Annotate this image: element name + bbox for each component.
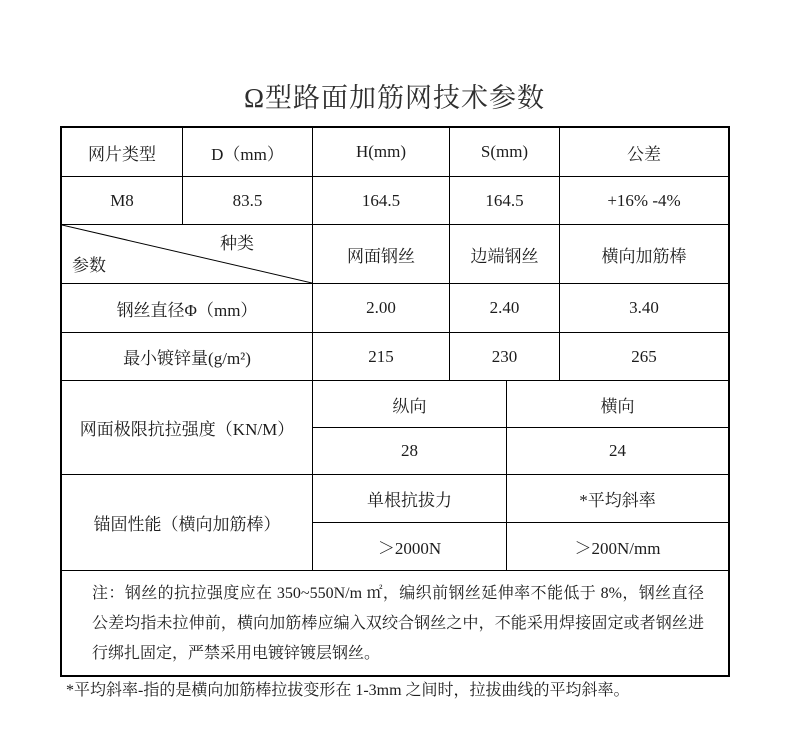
anchor-col-average-slope: *平均斜率 <box>507 475 728 523</box>
param-value: 3.40 <box>560 284 728 333</box>
param-row-zinc: 最小镀锌量(g/m²) 215 230 265 <box>62 333 728 381</box>
anchor-value-average-slope: ＞200N/mm <box>507 523 728 571</box>
tensile-strength-values: 纵向 横向 28 24 <box>313 381 728 475</box>
spec-table: 网片类型 D（mm） H(mm) S(mm) 公差 M8 83.5 164.5 … <box>60 126 730 677</box>
tensile-strength-label: 网面极限抗拉强度（KN/M） <box>62 381 313 475</box>
tensile-value-longitudinal: 28 <box>313 428 507 475</box>
anchoring-label: 锚固性能（横向加筋棒） <box>62 475 313 571</box>
param-value: 215 <box>313 333 450 381</box>
header-cell-mesh-type: 网片类型 <box>62 128 183 177</box>
param-label-zinc: 最小镀锌量(g/m²) <box>62 333 313 381</box>
param-value: 2.40 <box>450 284 560 333</box>
header-cell-tolerance: 公差 <box>560 128 728 177</box>
category-cell-mesh-wire: 网面钢丝 <box>313 225 450 284</box>
spec-cell-tolerance: +16% -4% <box>560 177 728 225</box>
table-note: 注：钢丝的抗拉强度应在 350~550N/m ㎡，编织前钢丝延伸率不能低于 8%… <box>62 571 728 675</box>
tensile-value-transverse: 24 <box>507 428 728 475</box>
spec-cell-d: 83.5 <box>183 177 313 225</box>
document-page: Ω型路面加筋网技术参数 网片类型 D（mm） H(mm) S(mm) 公差 M8… <box>0 0 789 748</box>
tensile-col-longitudinal: 纵向 <box>313 381 507 428</box>
spec-cell-h: 164.5 <box>313 177 450 225</box>
page-title: Ω型路面加筋网技术参数 <box>0 76 789 115</box>
diagonal-top-label: 种类 <box>220 229 254 254</box>
param-value: 230 <box>450 333 560 381</box>
spec-cell-s: 164.5 <box>450 177 560 225</box>
param-value: 265 <box>560 333 728 381</box>
anchor-col-pullout-force: 单根抗拔力 <box>313 475 507 523</box>
header-cell-d: D（mm） <box>183 128 313 177</box>
category-cell-edge-wire: 边端钢丝 <box>450 225 560 284</box>
table-header-row: 网片类型 D（mm） H(mm) S(mm) 公差 <box>62 128 728 177</box>
category-cell-transverse-bar: 横向加筋棒 <box>560 225 728 284</box>
diagonal-header-cell: 种类 参数 <box>62 225 313 284</box>
param-value: 2.00 <box>313 284 450 333</box>
header-cell-s: S(mm) <box>450 128 560 177</box>
diagonal-bottom-label: 参数 <box>72 251 106 276</box>
anchoring-performance-group: 锚固性能（横向加筋棒） 单根抗拔力 *平均斜率 ＞2000N ＞200N/mm <box>62 475 728 571</box>
param-row-diameter: 钢丝直径Φ（mm） 2.00 2.40 3.40 <box>62 284 728 333</box>
anchoring-values: 单根抗拔力 *平均斜率 ＞2000N ＞200N/mm <box>313 475 728 571</box>
category-header-row: 种类 参数 网面钢丝 边端钢丝 横向加筋棒 <box>62 225 728 284</box>
param-label-diameter: 钢丝直径Φ（mm） <box>62 284 313 333</box>
footnote-average-slope: *平均斜率-指的是横向加筋棒拉拔变形在 1-3mm 之间时，拉拔曲线的平均斜率。 <box>66 681 630 701</box>
header-cell-h: H(mm) <box>313 128 450 177</box>
spec-cell-model: M8 <box>62 177 183 225</box>
table-spec-row: M8 83.5 164.5 164.5 +16% -4% <box>62 177 728 225</box>
tensile-strength-group: 网面极限抗拉强度（KN/M） 纵向 横向 28 24 <box>62 381 728 475</box>
tensile-col-transverse: 横向 <box>507 381 728 428</box>
anchor-value-pullout-force: ＞2000N <box>313 523 507 571</box>
